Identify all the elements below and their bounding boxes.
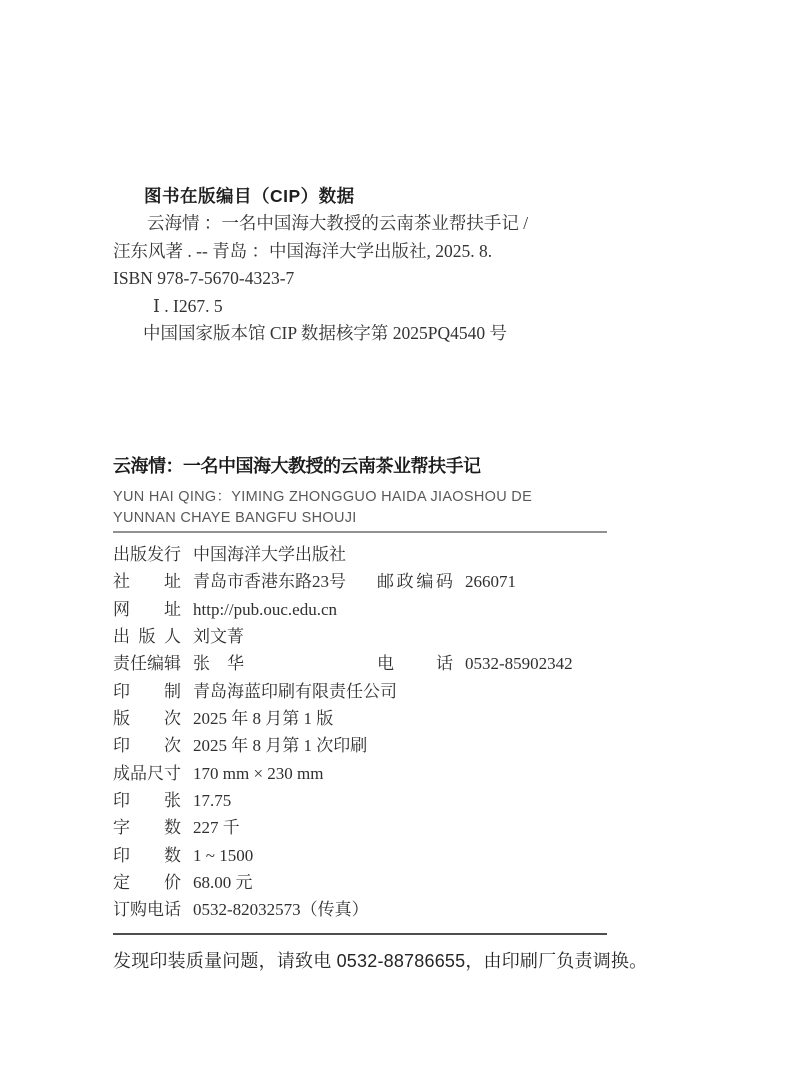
row-value: 227 千 — [193, 814, 240, 841]
row-value-postcode: 266071 — [465, 568, 516, 595]
row-value: 2025 年 8 月第 1 版 — [193, 705, 333, 732]
table-row-sheets: 印 张17.75 — [113, 787, 633, 814]
row-label: 定 价 — [113, 869, 181, 896]
row-value: 中国海洋大学出版社 — [193, 541, 346, 568]
row-value: 17.75 — [193, 787, 231, 814]
row-value: 青岛市香港东路23号 — [193, 568, 377, 595]
row-value: 刘文菁 — [193, 623, 244, 650]
row-value-url: http://pub.ouc.edu.cn — [193, 596, 337, 623]
table-row-publisher: 出版发行中国海洋大学出版社 — [113, 541, 633, 568]
table-row-wordcount: 字 数227 千 — [113, 814, 633, 841]
table-row-printer: 印 制青岛海蓝印刷有限责任公司 — [113, 678, 633, 705]
row-value: 2025 年 8 月第 1 次印刷 — [193, 732, 367, 759]
table-row-printrun: 印 数1 ~ 1500 — [113, 842, 633, 869]
row-label: 印 张 — [113, 787, 181, 814]
row-label: 印 数 — [113, 842, 181, 869]
row-label-postcode: 邮政编码 — [377, 568, 453, 595]
table-row-dimensions: 成品尺寸170 mm × 230 mm — [113, 760, 633, 787]
row-label: 责任编辑 — [113, 650, 181, 677]
row-value: 170 mm × 230 mm — [193, 760, 323, 787]
colophon-table: 出版发行中国海洋大学出版社 社 址青岛市香港东路23号邮政编码266071 网 … — [113, 541, 633, 924]
table-row-price: 定 价68.00 元 — [113, 869, 633, 896]
row-value-phone: 0532-85902342 — [465, 650, 573, 677]
book-title-pinyin-line2: YUNNAN CHAYE BANGFU SHOUJI — [113, 508, 633, 529]
row-label: 版 次 — [113, 705, 181, 732]
cip-data-block: 图书在版编目（CIP）数据 云海情 ：一名中国海大教授的云南茶业帮扶手记 / 汪… — [113, 183, 633, 347]
table-row-order-phone: 订购电话0532-82032573（传真） — [113, 896, 633, 923]
cip-line-classification: Ⅰ . I267. 5 — [113, 293, 633, 320]
row-label: 字 数 — [113, 814, 181, 841]
book-title: 云海情：一名中国海大教授的云南茶业帮扶手记 — [113, 452, 633, 478]
title-block: 云海情：一名中国海大教授的云南茶业帮扶手记 YUN HAI QING：YIMIN… — [113, 452, 633, 528]
table-row-publisher-person: 出 版 人刘文菁 — [113, 623, 633, 650]
row-value: 张 华 — [193, 650, 377, 677]
row-label: 出 版 人 — [113, 623, 181, 650]
row-label: 印 次 — [113, 732, 181, 759]
row-label: 网 址 — [113, 596, 181, 623]
row-label: 印 制 — [113, 678, 181, 705]
print-quality-note: 发现印装质量问题，请致电 0532-88786655，由印刷厂负责调换。 — [113, 947, 633, 973]
cip-line-author-publisher: 汪东风著 . -- 青岛 ：中国海洋大学出版社, 2025. 8. — [113, 238, 633, 265]
divider-top-rule — [113, 531, 607, 533]
table-row-printing: 印 次2025 年 8 月第 1 次印刷 — [113, 732, 633, 759]
row-label-phone: 电 话 — [377, 650, 453, 677]
row-value: 68.00 元 — [193, 869, 253, 896]
book-title-pinyin-line1: YUN HAI QING：YIMING ZHONGGUO HAIDA JIAOS… — [113, 487, 633, 508]
copyright-page: { "cip": { "header": "图书在版编目（CIP）数据", "l… — [0, 0, 799, 1073]
row-label: 成品尺寸 — [113, 760, 181, 787]
cip-line-isbn: ISBN 978-7-5670-4323-7 — [113, 265, 633, 292]
row-label: 出版发行 — [113, 541, 181, 568]
row-label: 订购电话 — [113, 896, 181, 923]
cip-line-registration: 中国国家版本馆 CIP 数据核字第 2025PQ4540 号 — [113, 320, 633, 347]
table-row-editor: 责任编辑张 华电 话0532-85902342 — [113, 650, 633, 677]
cip-header: 图书在版编目（CIP）数据 — [113, 183, 633, 210]
table-row-website: 网 址http://pub.ouc.edu.cn — [113, 596, 633, 623]
row-value: 青岛海蓝印刷有限责任公司 — [193, 678, 397, 705]
table-row-edition: 版 次2025 年 8 月第 1 版 — [113, 705, 633, 732]
table-row-address: 社 址青岛市香港东路23号邮政编码266071 — [113, 568, 633, 595]
row-value: 1 ~ 1500 — [193, 842, 253, 869]
divider-bottom-rule — [113, 933, 607, 935]
row-label: 社 址 — [113, 568, 181, 595]
row-value: 0532-82032573（传真） — [193, 896, 369, 923]
cip-line-title: 云海情 ：一名中国海大教授的云南茶业帮扶手记 / — [113, 210, 633, 237]
